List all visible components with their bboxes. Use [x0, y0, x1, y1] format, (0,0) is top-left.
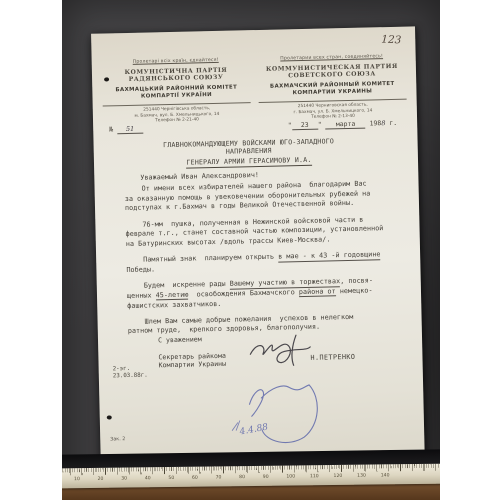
letterhead-russian: Пролетарии всех стран, соединяйтесь! КОМ…	[258, 54, 407, 122]
number-value-handwritten: 51	[117, 125, 143, 135]
ruler-number: 20	[98, 476, 122, 481]
date-year: 198	[369, 119, 381, 127]
document-paper: 123 Пролетарі всіх країн, єднайтеся! КОМ…	[91, 26, 425, 460]
body-lines: От имени всех избирателей нашего района …	[124, 179, 403, 337]
slogan-uk: Пролетарі всіх країн, єднайтеся!	[102, 57, 250, 66]
print-order-note: Зак. 2	[110, 437, 125, 443]
number-label: №	[109, 125, 113, 133]
ink-signature	[236, 328, 337, 368]
ruler-number: 70	[216, 475, 240, 480]
recipient-block: ГЛАВНОКОМАНДУЮЩЕМУ ВОЙСКАМИ ЮГО-ЗАПАДНОГ…	[94, 136, 405, 171]
date-month: марта	[326, 120, 366, 130]
photograph: 123 Пролетарі всіх країн, єднайтеся! КОМ…	[62, 0, 440, 500]
ruler-number: 30	[121, 476, 145, 481]
recipient-line3: ГЕНЕРАЛУ АРМИИ ГЕРАСИМОВУ И.А.	[186, 156, 311, 169]
ruler-number: 50	[168, 475, 192, 480]
date-field: "23" марта 1988 г.	[288, 119, 398, 131]
typist-notes: 2-эг. 23.03.88г.	[113, 366, 148, 381]
quote-close: "	[318, 121, 322, 129]
ruler-number: 40	[145, 476, 169, 481]
ruler-number: 100	[286, 474, 310, 479]
regards: С уважением	[158, 335, 226, 345]
screenshot: 123 Пролетарі всіх країн, єднайтеся! КОМ…	[0, 0, 500, 500]
pen-date: 4.4.88	[238, 422, 269, 437]
date-suffix: г.	[389, 119, 397, 127]
ruler-number: 110	[310, 474, 334, 479]
ruler-number: 140	[381, 473, 405, 478]
date-year-handwritten: 8	[381, 119, 385, 127]
ruler-number: 80	[239, 474, 263, 479]
committee-name-ru: БАХМАЧСКИЙ РАЙОННЫЙ КОМИТЕТ КОМПАРТИИ УК…	[258, 81, 406, 98]
ruler-number: 60	[192, 475, 216, 480]
letterhead: Пролетарі всіх країн, єднайтеся! КОМУНІС…	[102, 54, 407, 125]
ruler-number: 90	[263, 474, 287, 479]
letterhead-ukrainian: Пролетарі всіх країн, єднайтеся! КОМУНІС…	[102, 57, 251, 125]
slogan-ru: Пролетарии всех стран, соединяйтесь!	[258, 54, 406, 63]
date-day: 23	[292, 121, 318, 131]
party-name-ru: КОММУНИСТИЧЕСКАЯ ПАРТИЯ СОВЕТСКОГО СОЮЗА	[258, 62, 406, 80]
ruler-number: 10	[74, 476, 98, 481]
ruler-number: 130	[357, 473, 381, 478]
signer-name: Н.ПЕТРЕНКО	[310, 353, 355, 363]
committee-name-uk: БАХМАЦЬКИЙ РАЙОННИЙ КОМІТЕТ КОМПАРТІЇ УК…	[102, 84, 250, 101]
handwritten-page-number: 123	[381, 34, 402, 48]
signer-title: Секретарь райкома Компартии Украины	[158, 352, 226, 370]
ruler-number: 120	[334, 473, 358, 478]
ink-dot-bottom	[107, 415, 112, 419]
salutation: Уважаемый Иван Александрович!	[140, 171, 259, 182]
outgoing-number: № 51	[109, 125, 143, 135]
party-name-uk: КОМУНІСТИЧНА ПАРТІЯ РАДЯНСЬКОГО СОЮЗУ	[102, 66, 250, 84]
closing-block: С уважением Секретарь райкома Компартии …	[158, 335, 226, 370]
pen-signature-blue: 4.4.88	[191, 376, 343, 459]
